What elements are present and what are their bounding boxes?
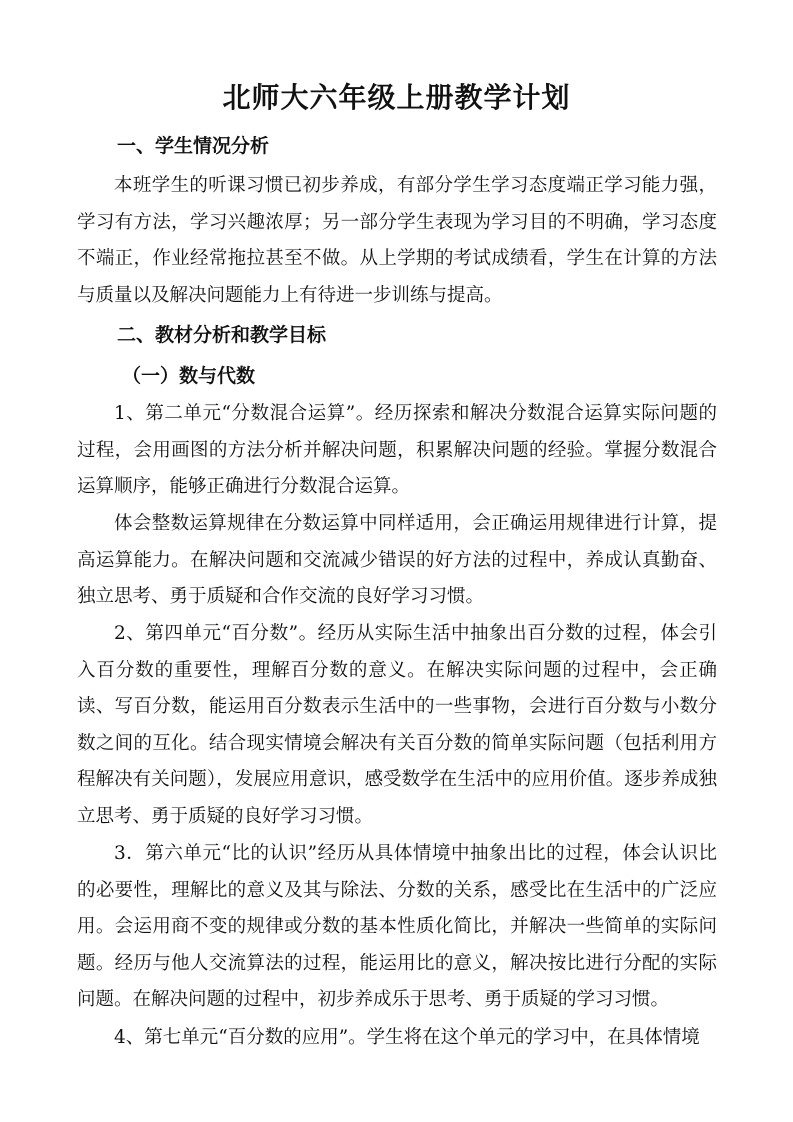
paragraph-unit-7: 4、第七单元“百分数的应用”。学生将在这个单元的学习中，在具体情境 [77,1020,717,1057]
paragraph-unit-4: 2、第四单元“百分数”。经历从实际生活中抽象出百分数的过程，体会引入百分数的重要… [77,616,717,836]
subheading-number-algebra: （一）数与代数 [122,362,255,390]
section-heading-student-analysis: 一、学生情况分析 [117,132,269,160]
document-page: 北师大六年级上册教学计划 一、学生情况分析 本班学生的听课习惯已初步养成，有部分… [0,0,793,1122]
section-heading-textbook-analysis: 二、教材分析和教学目标 [117,321,326,349]
document-title: 北师大六年级上册教学计划 [0,78,793,118]
paragraph-unit-2: 1、第二单元“分数混合运算”。经历探索和解决分数混合运算实际问题的过程，会用画图… [77,396,717,506]
paragraph-unit-2-habits: 体会整数运算规律在分数运算中同样适用，会正确运用规律进行计算，提高运算能力。在解… [77,506,717,616]
paragraph-unit-6: 3．第六单元“比的认识”经历从具体情境中抽象出比的过程，体会认识比的必要性，理解… [77,836,717,1019]
paragraph-student-analysis: 本班学生的听课习惯已初步养成，有部分学生学习态度端正学习能力强，学习有方法，学习… [77,168,717,314]
